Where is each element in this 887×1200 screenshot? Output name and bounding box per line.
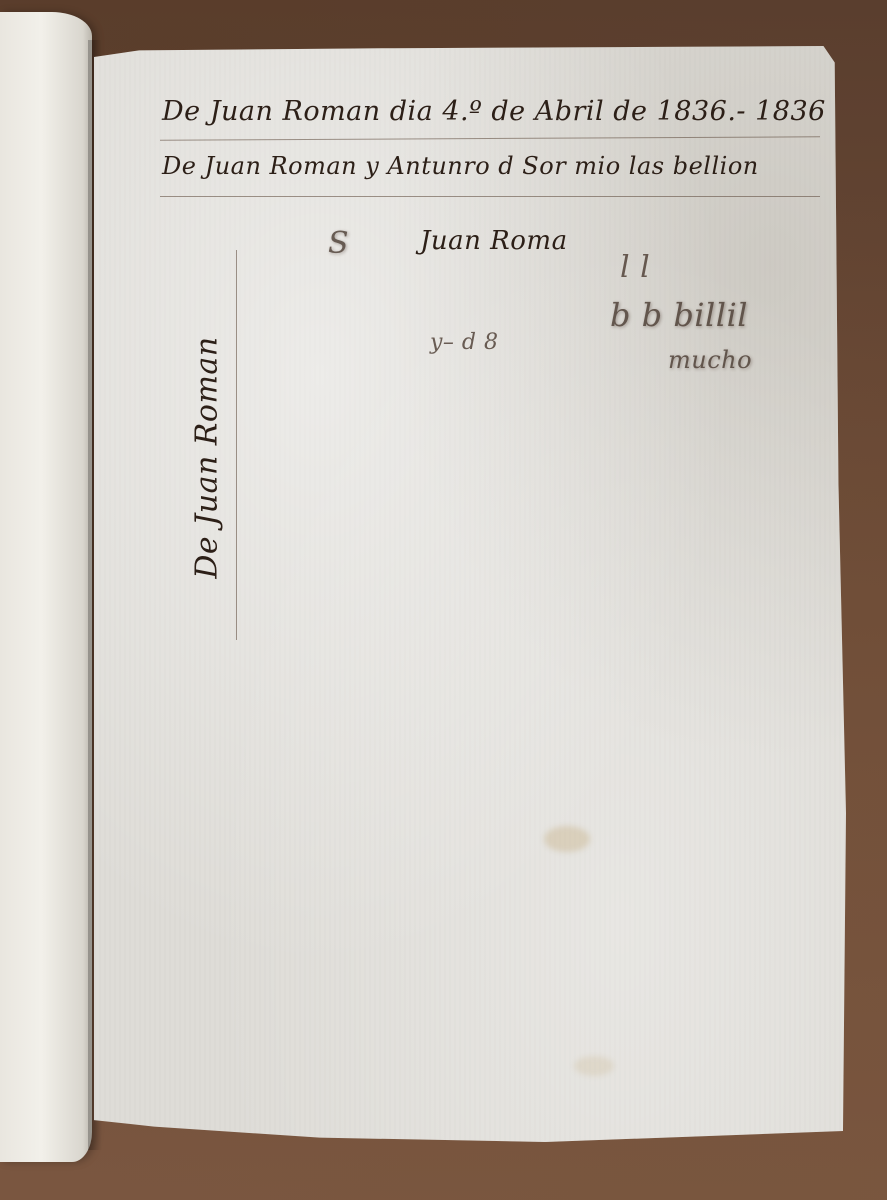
- header-line-1: De Juan Roman dia 4.º de Abril de 1836.-…: [162, 96, 826, 127]
- pen-trial-marks: y– d 8: [430, 330, 499, 355]
- photo-scene: De Juan Roman dia 4.º de Abril de 1836.-…: [0, 0, 887, 1200]
- signature-name: Juan Roma: [420, 226, 568, 256]
- margin-rule: [236, 250, 237, 640]
- previous-page-edge: [0, 12, 92, 1162]
- scribble-1: l l: [620, 250, 650, 285]
- paper-stain: [574, 1056, 614, 1076]
- paper-stain: [544, 826, 590, 852]
- header-rule-2: [160, 196, 820, 197]
- scribble-2: b b billil: [610, 296, 748, 334]
- vertical-margin-note: De Juan Roman: [190, 248, 225, 668]
- scribble-3: mucho: [668, 346, 752, 374]
- header-line-2: De Juan Roman y Antunro d Sor mio las be…: [162, 152, 759, 180]
- signature-flourish: S: [328, 226, 349, 261]
